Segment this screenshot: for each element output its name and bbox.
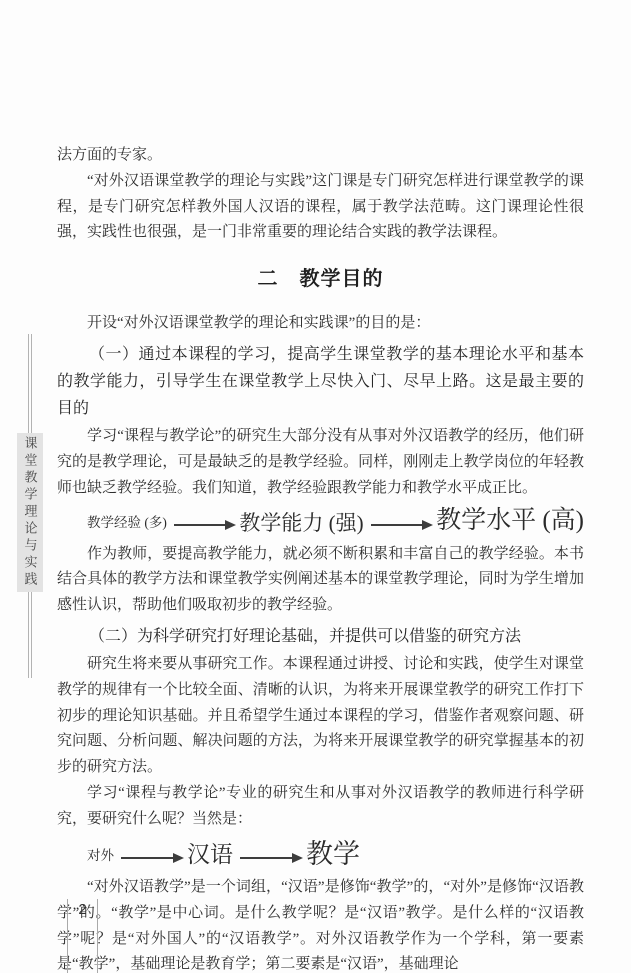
paragraph-continuation: 法方面的专家。 [57, 143, 584, 169]
paragraph-study-background: 学习“课程与教学论”的研究生大部分没有从事对外汉语教学的经历，他们研究的是教学理… [57, 424, 584, 501]
right-arrow-icon [371, 524, 422, 526]
page-content: 法方面的专家。 “对外汉语课堂教学的理论与实践”这门课是专门研究怎样进行课堂教学… [57, 143, 584, 973]
flow-stage-duiwai: 对外 [87, 849, 114, 868]
paragraph-teacher-advice: 作为教师，要提高教学能力，就必须不断积累和丰富自己的教学经验。本书结合具体的教学… [57, 542, 584, 619]
paragraph-purpose: 开设“对外汉语课堂教学的理论和实践课”的目的是： [57, 311, 584, 337]
flow-stage-ability: 教学能力 (强) [239, 512, 363, 535]
section-heading: 二 教学目的 [57, 262, 584, 291]
paragraph-research-question: 学习“课程与教学论”专业的研究生和从事对外汉语教学的教师进行科学研究，要研究什么… [57, 781, 584, 833]
book-page: 课堂教学理论与实践 法方面的专家。 “对外汉语课堂教学的理论与实践”这门课是专门… [0, 0, 631, 973]
flow-stage-hanyu: 汉语 [187, 843, 233, 868]
paragraph-research-goal: 研究生将来要从事研究工作。本课程通过讲授、讨论和实践，使学生对课堂教学的规律有一… [57, 652, 584, 781]
right-arrow-icon [240, 857, 292, 859]
right-arrow-icon [174, 524, 225, 526]
book-title-vertical-text: 课堂教学理论与实践 [21, 436, 40, 589]
paragraph-course-intro: “对外汉语课堂教学的理论与实践”这门课是专门研究怎样进行课堂教学的课程，是专门研… [57, 169, 584, 246]
objective-one: （一）通过本课程的学习，提高学生课堂教学的基本理论水平和基本的教学能力，引导学生… [57, 341, 584, 422]
paragraph-term-analysis: “对外汉语教学”是一个词组，“汉语”是修饰“教学”的，“对外”是修饰“汉语教学”… [57, 875, 584, 973]
page-number: 2 [78, 901, 86, 918]
flow-stage-level: 教学水平 (高) [436, 508, 584, 534]
flow-stage-jiaoxue: 教学 [306, 840, 360, 868]
objective-two: （二）为科学研究打好理论基础，并提供可以借鉴的研究方法 [57, 623, 584, 650]
experience-flow-diagram: 教学经验 (多) 教学能力 (强) 教学水平 (高) [87, 508, 584, 534]
right-arrow-icon [121, 857, 173, 859]
sidebar-book-title-tab: 课堂教学理论与实践 [17, 433, 43, 592]
flow-stage-experience: 教学经验 (多) [87, 516, 167, 534]
term-flow-diagram: 对外 汉语 教学 [87, 840, 584, 868]
page-footer: 2 [67, 899, 98, 973]
